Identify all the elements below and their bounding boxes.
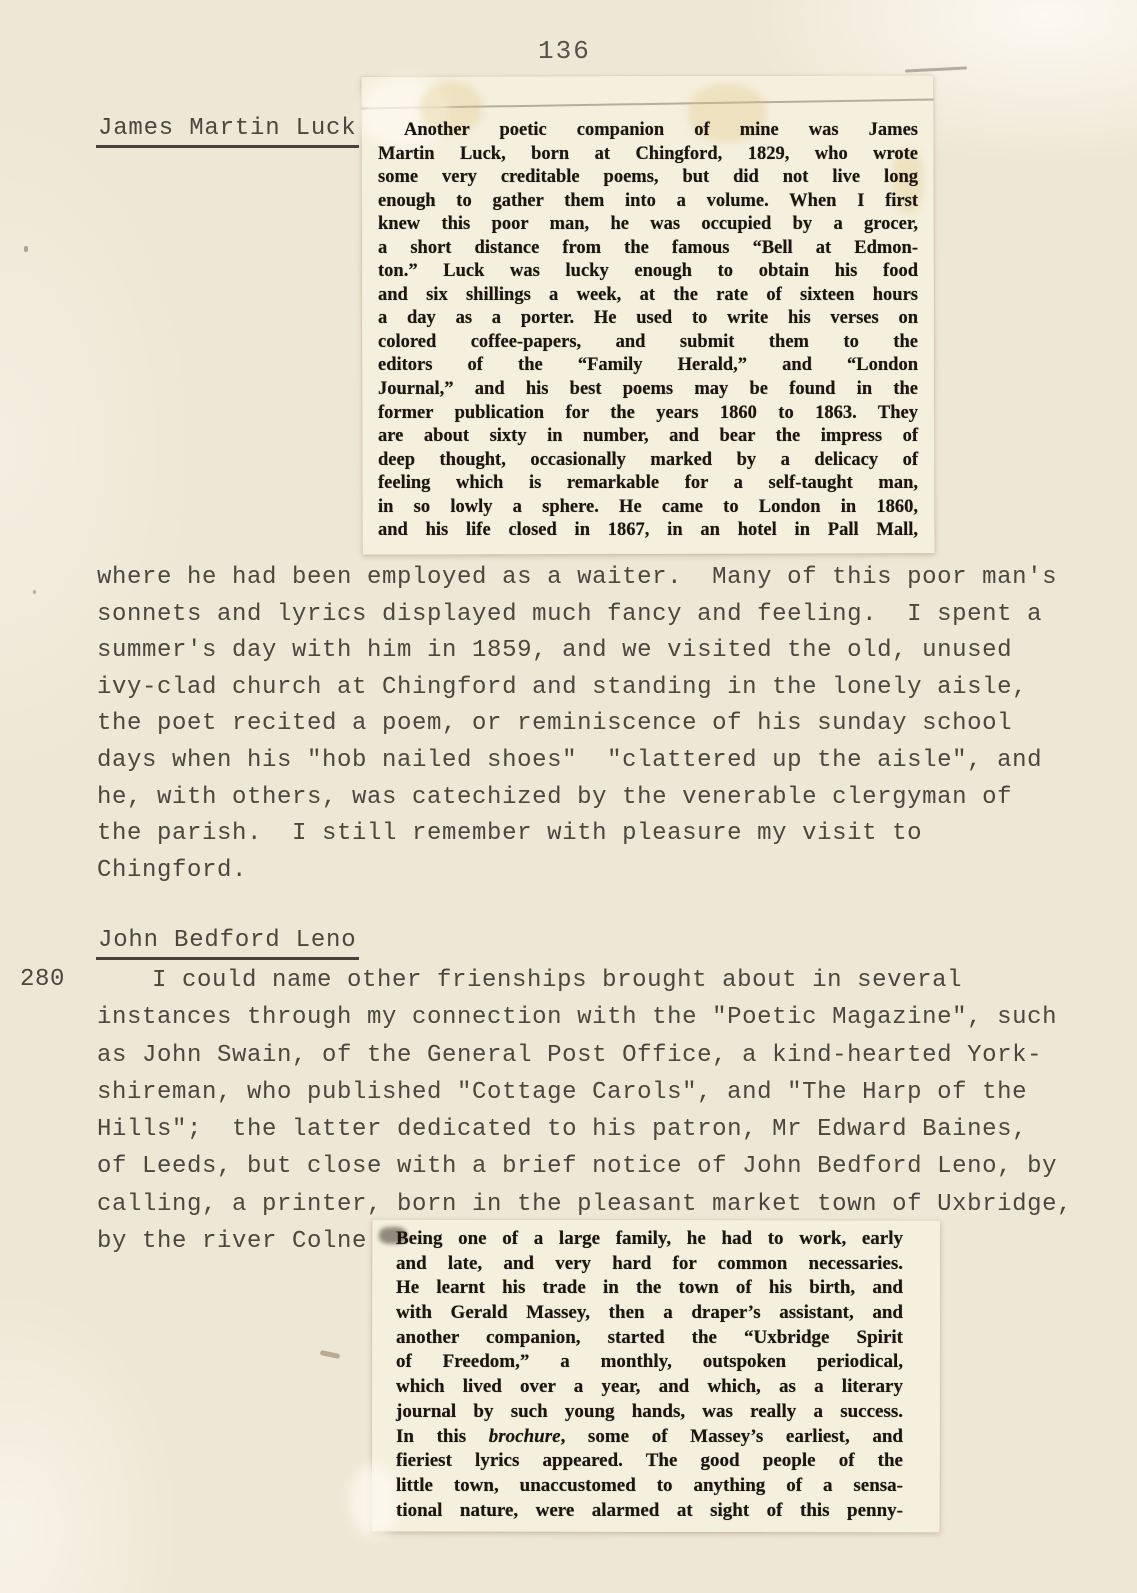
text-line: shireman, who published "Cottage Carols"… [97,1074,1072,1111]
text-line: the parish. I still remember with pleasu… [97,816,1057,853]
text-line: days when his "hob nailed shoes" "clatte… [97,743,1057,780]
text-line: journal by such young hands, was really … [396,1400,903,1425]
typed-paragraph-leno: I could name other frienships brought ab… [97,962,1072,1260]
scan-mark [905,66,967,72]
text-line: calling, a printer, born in the pleasant… [97,1186,1072,1223]
text-line: where he had been employed as a waiter. … [97,560,1057,597]
text-line: editors of the “Family Herald,” and “Lon… [378,354,918,378]
text-line: former publication for the years 1860 to… [378,402,918,426]
text-line: a day as a porter. He used to write his … [378,307,918,331]
text-line: and late, and very hard for common neces… [396,1252,903,1277]
text-line: Journal,” and his best poems may be foun… [378,378,918,402]
text-line: tional nature, were alarmed at sight of … [396,1499,903,1524]
text-line: knew this poor man, he was occupied by a… [378,213,918,237]
text-line: in so lowly a sphere. He came to London … [378,496,918,520]
text-line: summer's day with him in 1859, and we vi… [97,633,1057,670]
text-line: some very creditable poems, but did not … [378,166,918,190]
text-line: ton.” Luck was lucky enough to obtain hi… [378,260,918,284]
text-line: feeling which is remarkable for a self-t… [378,472,918,496]
text-line: In this brochure, some of Massey’s earli… [396,1425,903,1450]
text-line: sonnets and lyrics displayed much fancy … [97,597,1057,634]
text-line: Being one of a large family, he had to w… [396,1227,903,1252]
text-line: I could name other frienships brought ab… [97,962,1072,999]
scanned-manuscript-page: 136 James Martin Luck Another poetic com… [0,0,1137,1593]
text-line: as John Swain, of the General Post Offic… [97,1037,1072,1074]
text-line: a short distance from the famous “Bell a… [378,237,918,261]
text-line: enough to gather them into a volume. Whe… [378,190,918,214]
text-line: colored coffee-papers, and submit them t… [378,331,918,355]
text-line: Chingford. [97,853,1057,890]
text-line: Another poetic companion of mine was Jam… [378,119,918,143]
paper-speck [33,590,36,594]
section-heading-john-bedford-leno: John Bedford Leno [96,928,359,960]
paper-light-patch [350,1465,398,1537]
text-line: little town, unaccustomed to anything of… [396,1474,903,1499]
text-line: which lived over a year, and which, as a… [396,1375,903,1400]
text-line: with Gerald Massey, then a draper’s assi… [396,1301,903,1326]
text-line: of Freedom,” a monthly, outspoken period… [396,1350,903,1375]
text-line: Martin Luck, born at Chingford, 1829, wh… [378,143,918,167]
text-line: the poet recited a poem, or reminiscence… [97,706,1057,743]
text-line: ivy-clad church at Chingford and standin… [97,670,1057,707]
text-line: He learnt his trade in the town of his b… [396,1276,903,1301]
typed-paragraph-luck: where he had been employed as a waiter. … [97,560,1057,889]
text-line: and six shillings a week, at the rate of… [378,284,918,308]
scan-mark [320,1350,341,1359]
paper-speck [24,246,28,252]
text-line: deep thought, occasionally marked by a d… [378,449,918,473]
text-line: another companion, started the “Uxbridge… [396,1326,903,1351]
ink-smudge [379,1227,407,1244]
text-line: he, with others, was catechized by the v… [97,780,1057,817]
margin-page-reference: 280 [20,966,65,993]
text-line: Hills"; the latter dedicated to his patr… [97,1111,1072,1148]
text-line: of Leeds, but close with a brief notice … [97,1148,1072,1185]
text-line: fieriest lyrics appeared. The good peopl… [396,1449,903,1474]
page-number: 136 [538,36,591,66]
newspaper-clipping-luck-text: Another poetic companion of mine was Jam… [378,119,918,543]
text-line: instances through my connection with the… [97,999,1072,1036]
newspaper-clipping-leno-text: Being one of a large family, he had to w… [396,1227,903,1523]
section-heading-james-martin-luck: James Martin Luck [96,116,359,148]
text-line: and his life closed in 1867, in an hotel… [378,519,918,543]
text-line: are about sixty in number, and bear the … [378,425,918,449]
